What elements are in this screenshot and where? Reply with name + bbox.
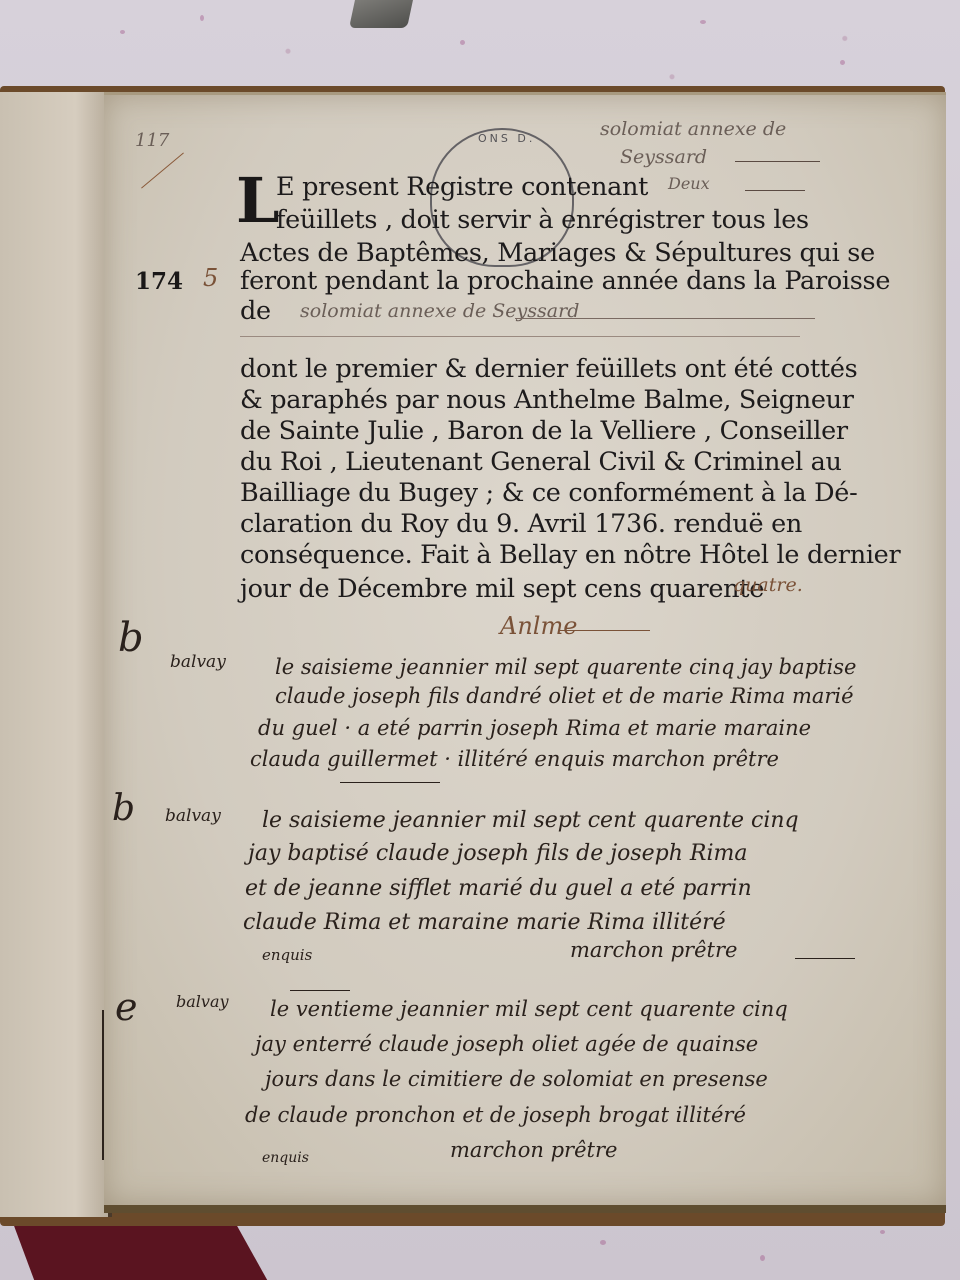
parish-rule: [515, 318, 815, 319]
entry-3-margin-letter: e: [115, 985, 138, 1029]
note-rule: [735, 161, 820, 162]
entry-3-line-3: jours dans le cimitiere de solomiat en p…: [265, 1067, 768, 1091]
entry-2-margin-letter: b: [112, 788, 135, 829]
year-handwritten-digit: 5: [203, 264, 218, 292]
entry-1-line-2: claude joseph fils dandré oliet et de ma…: [275, 684, 854, 708]
entry-3-line-1: le ventieme jeannier mil sept cent quare…: [270, 997, 788, 1021]
print-line-13: jour de Décembre mil sept cens quarente: [240, 574, 764, 604]
entry-2-rule: [795, 958, 855, 959]
entry-2-line-2: jay baptisé claude joseph fils de joseph…: [248, 841, 747, 866]
entry-2-enquis: enquis: [262, 946, 312, 964]
entry-3-line-4: de claude pronchon et de joseph brogat i…: [245, 1103, 746, 1127]
print-line-5: de: [240, 296, 271, 326]
entry-1-margin-name: balvay: [170, 652, 226, 672]
print-line-7: & paraphés par nous Anthelme Balme, Seig…: [240, 385, 854, 415]
print-line-6: dont le premier & dernier feüillets ont …: [240, 354, 857, 384]
entry-3-overline: [290, 990, 350, 991]
print-line-11: claration du Roy du 9. Avril 1736. rendu…: [240, 509, 802, 539]
signature-flourish: [560, 630, 650, 631]
entry-1-margin-letter: b: [118, 615, 144, 661]
seal-stamp-text: ONS D.: [478, 132, 535, 145]
print-line-10: Bailliage du Bugey ; & ce conformément à…: [240, 478, 857, 508]
note-rule-2: [745, 190, 805, 191]
entry-2-signature: marchon prêtre: [570, 938, 737, 962]
signature: Anlme: [500, 612, 577, 640]
left-page: [0, 92, 112, 1217]
print-line-12: conséquence. Fait à Bellay en nôtre Hôte…: [240, 540, 900, 570]
year-printed: 174: [135, 268, 183, 295]
entry-2-line-3: et de jeanne sifflet marié du guel a eté…: [245, 876, 752, 901]
binding-thread: [102, 1010, 104, 1160]
entry-1-line-3: du guel · a eté parrin joseph Rima et ma…: [258, 716, 811, 740]
note-line-2: Seyssard: [620, 146, 707, 168]
year-word-handwritten: quatre.: [733, 574, 803, 596]
note-line-1: solomiat annexe de: [600, 118, 786, 140]
print-line-3: Actes de Baptêmes, Mariages & Sépultures…: [240, 238, 875, 268]
entry-1-line-1: le saisieme jeannier mil sept quarente c…: [275, 655, 856, 679]
entry-3-enquis: enquis: [262, 1150, 309, 1166]
print-line-4: feront pendant la prochaine année dans l…: [240, 266, 890, 296]
separator-rule: [240, 336, 800, 337]
print-line-1: E present Registre contenant: [276, 172, 648, 202]
entry-3-margin-name: balvay: [176, 992, 229, 1011]
entry-2-line-1: le saisieme jeannier mil sept cent quare…: [262, 808, 799, 833]
metal-clip: [349, 0, 413, 28]
print-line-9: du Roi , Lieutenant General Civil & Crim…: [240, 447, 842, 477]
entry-2-line-4: claude Rima et maraine marie Rima illité…: [243, 910, 726, 935]
entry-3-signature: marchon prêtre: [450, 1138, 617, 1162]
entry-2-margin-name: balvay: [165, 806, 221, 826]
print-line-8: de Sainte Julie , Baron de la Velliere ,…: [240, 416, 848, 446]
entry-1-underline: [340, 782, 440, 783]
drop-cap: L: [236, 170, 280, 232]
entry-1-line-4: clauda guillermet · illitéré enquis marc…: [250, 747, 779, 771]
folio-mark: 117: [135, 130, 169, 151]
print-line-2: feüillets , doit servir à enrégistrer to…: [276, 205, 809, 235]
entry-3-line-2: jay enterré claude joseph oliet agée de …: [255, 1032, 758, 1056]
note-line-3: Deux: [668, 174, 710, 193]
